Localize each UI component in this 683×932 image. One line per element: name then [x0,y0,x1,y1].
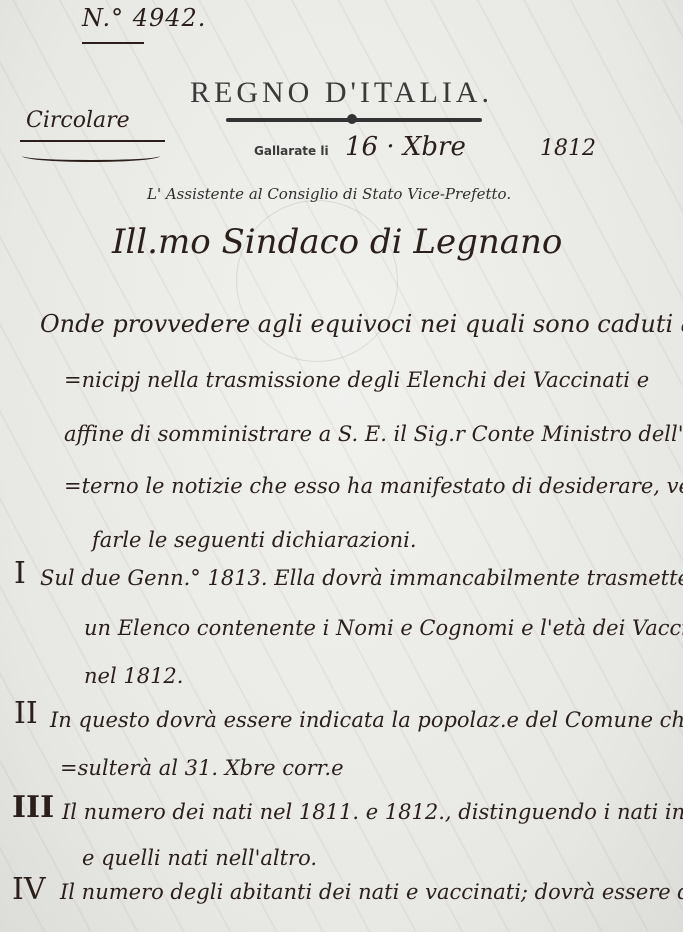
body-line: farle le seguenti dichiarazioni. [92,528,417,552]
place-label: Gallarate li [254,144,329,158]
protocol-underline [82,42,144,44]
item-line: In questo dovrà essere indicata la popol… [50,708,683,732]
item-numeral: IV [12,872,46,907]
item-line: un Elenco contenente i Nomi e Cognomi e … [84,616,683,640]
document-type-swash [22,150,160,162]
addressee: Ill.mo Sindaco di Legnano [112,222,562,262]
item-numeral: III [12,790,54,825]
document-type: Circolare [26,108,130,133]
item-line: Il numero degli abitanti dei nati e vacc… [60,880,683,904]
item-line: Il numero dei nati nel 1811. e 1812., di… [62,800,683,824]
body-line: Onde provvedere agli equivoci nei quali … [40,310,683,338]
item-line: nel 1812. [84,664,183,688]
item-numeral: I [14,556,26,591]
body-line: =terno le notizie che esso ha manifestat… [64,474,683,498]
document-page: N.° 4942. REGNO D'ITALIA. Circolare Gall… [0,0,683,932]
body-line: affine di somministrare a S. E. il Sig.r… [64,422,683,446]
document-type-underline [20,140,165,142]
item-line: e quelli nati nell'altro. [82,846,317,870]
item-line: =sulterà al 31. Xbre corr.e [60,756,344,780]
protocol-number: N.° 4942. [82,4,206,32]
date-year: 1812 [540,136,596,161]
item-line: Sul due Genn.° 1813. Ella dovrà immancab… [40,566,683,590]
date-day-month: 16 · Xbre [345,132,466,162]
header-title: REGNO D'ITALIA. [0,76,683,110]
body-line: =nicipj nella trasmissione degli Elenchi… [64,368,649,392]
issuer-title: L' Assistente al Consiglio di Stato Vice… [147,185,511,203]
ornamental-rule-center [347,114,357,124]
item-numeral: II [14,696,38,731]
